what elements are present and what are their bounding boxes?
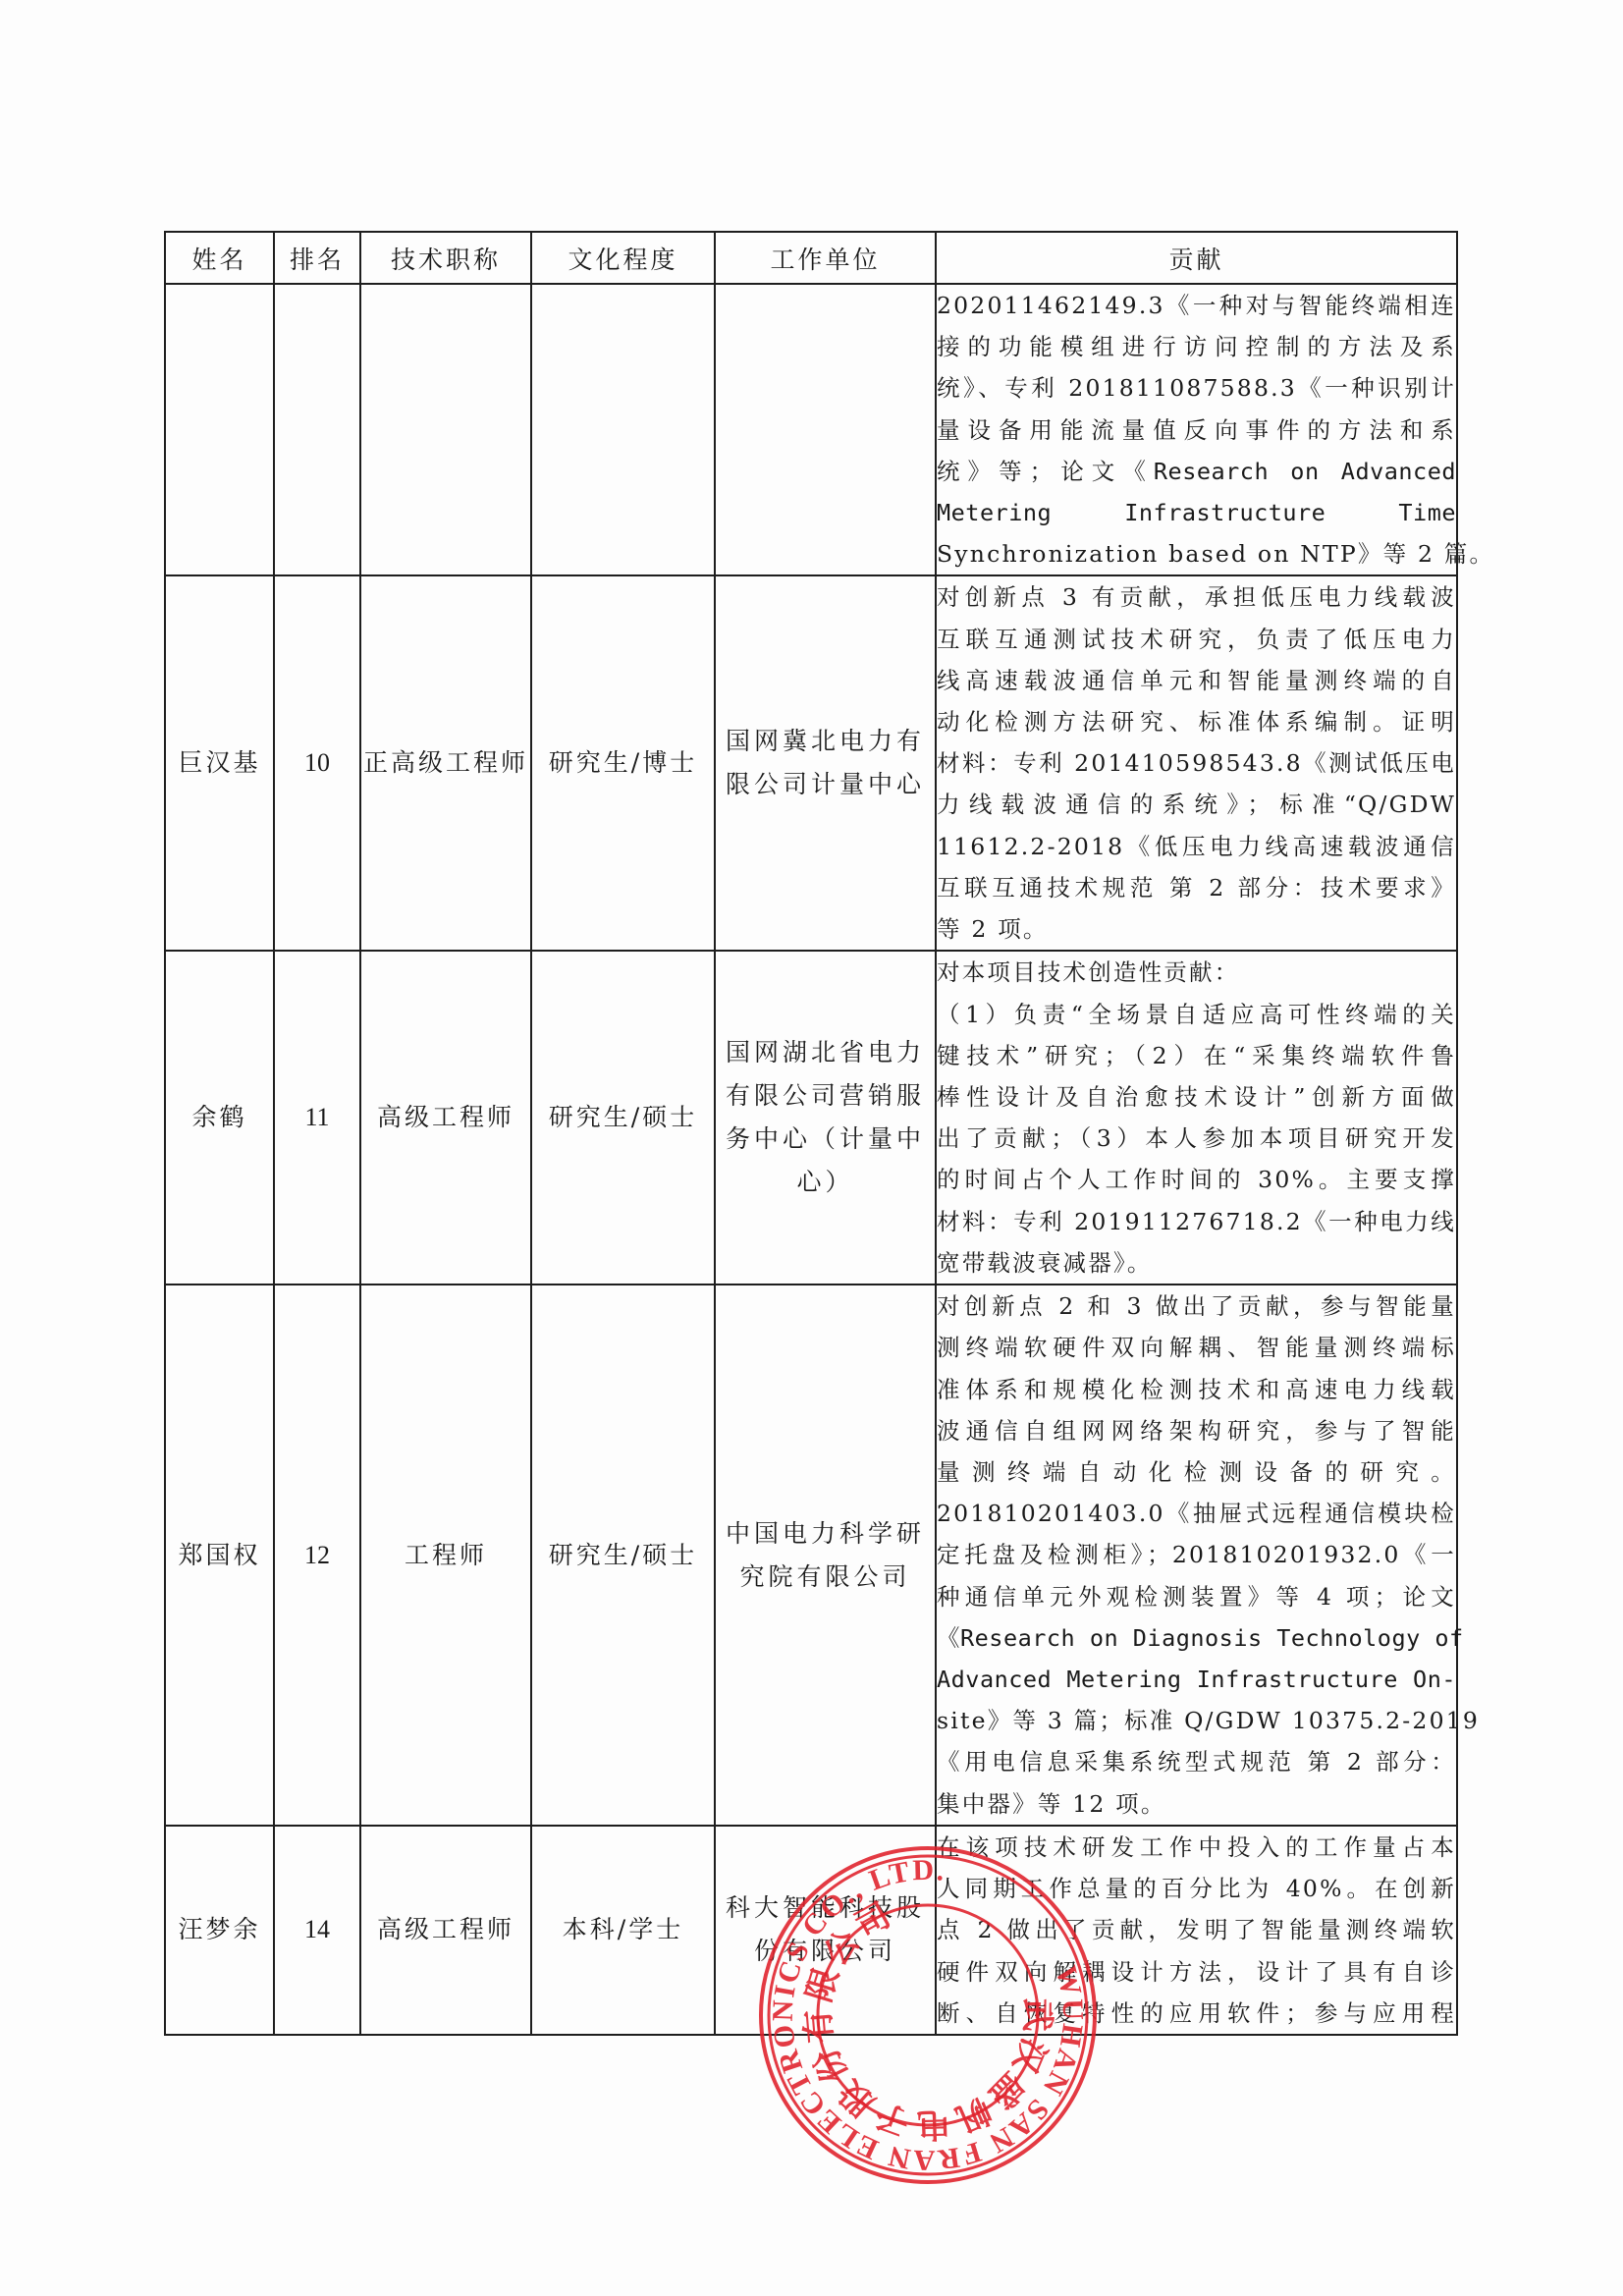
contribution-line: 集中器》等 12 项。: [937, 1783, 1456, 1825]
cell-title: 工程师: [360, 1285, 531, 1826]
cell-contribution: 对创新点 3 有贡献，承担低压电力线载波 互联互通测试技术研究，负责了低压电力 …: [936, 575, 1457, 951]
contribution-line: 量测终端自动化检测设备的研究。: [937, 1451, 1456, 1493]
cell-contribution: 对本项目技术创造性贡献： （1）负责“全场景自适应高可性终端的关 键技术”研究；…: [936, 951, 1457, 1285]
contribution-line: 力线载波通信的系统》；标准“Q/GDW: [937, 784, 1456, 825]
contribution-line: Advanced Metering Infrastructure On-: [937, 1659, 1456, 1700]
header-education: 文化程度: [531, 232, 715, 284]
contribution-line: 棒性设计及自治愈技术设计”创新方面做: [937, 1076, 1456, 1118]
contribution-line: 出了贡献；（3）本人参加本项目研究开发: [937, 1118, 1456, 1159]
contribution-line: 统》、专利 201811087588.3《一种识别计: [937, 367, 1456, 409]
contribution-line: 种通信单元外观检测装置》等 4 项；论文: [937, 1576, 1456, 1617]
contribution-line: 键技术”研究；（2）在“采集终端软件鲁: [937, 1035, 1456, 1076]
cell-contribution: 202011462149.3《一种对与智能终端相连 接的功能模组进行访问控制的方…: [936, 284, 1457, 575]
contribution-line: Metering Infrastructure Time: [937, 492, 1456, 533]
cell-rank: 11: [274, 951, 360, 1285]
header-contribution: 贡献: [936, 232, 1457, 284]
contribution-line: 《Research on Diagnosis Technology of: [937, 1617, 1456, 1659]
cell-education: 本科/学士: [531, 1826, 715, 2035]
contribution-line: 人同期工作总量的百分比为 40%。在创新: [937, 1868, 1456, 1909]
header-name: 姓名: [165, 232, 274, 284]
document-page: 姓名 排名 技术职称 文化程度 工作单位 贡献 202011462149.3《一…: [0, 0, 1623, 2296]
contribution-line: 互联互通测试技术研究，负责了低压电力: [937, 619, 1456, 660]
contribution-line: 硬件双向解耦设计方法，设计了具有自诊: [937, 1951, 1456, 1993]
contribution-line: 对本项目技术创造性贡献：: [937, 952, 1456, 993]
contribution-line: 接的功能模组进行访问控制的方法及系: [937, 326, 1456, 367]
table-row: 巨汉基 10 正高级工程师 研究生/博士 国网冀北电力有限公司计量中心 对创新点…: [165, 575, 1457, 951]
table-row: 余鹤 11 高级工程师 研究生/硕士 国网湖北省电力有限公司营销服务中心（计量中…: [165, 951, 1457, 1285]
cell-rank: [274, 284, 360, 575]
table-row: 汪梦余 14 高级工程师 本科/学士 科大智能科技股份有限公司 在该项技术研发工…: [165, 1826, 1457, 2035]
contribution-line: 测终端软硬件双向解耦、智能量测终端标: [937, 1327, 1456, 1368]
cell-organization: [715, 284, 936, 575]
cell-contribution: 对创新点 2 和 3 做出了贡献，参与智能量 测终端软硬件双向解耦、智能量测终端…: [936, 1285, 1457, 1826]
contribution-line: 波通信自组网网络架构研究，参与了智能: [937, 1410, 1456, 1451]
cell-name: [165, 284, 274, 575]
cell-rank: 12: [274, 1285, 360, 1826]
cell-title: 高级工程师: [360, 951, 531, 1285]
cell-contribution: 在该项技术研发工作中投入的工作量占本 人同期工作总量的百分比为 40%。在创新 …: [936, 1826, 1457, 2035]
contribution-line: Synchronization based on NTP》等 2 篇。: [937, 533, 1456, 574]
header-title: 技术职称: [360, 232, 531, 284]
contribution-line: 准体系和规模化检测技术和高速电力线载: [937, 1369, 1456, 1410]
contribution-line: （1）负责“全场景自适应高可性终端的关: [937, 994, 1456, 1035]
contribution-line: 对创新点 2 和 3 做出了贡献，参与智能量: [937, 1285, 1456, 1327]
cell-rank: 10: [274, 575, 360, 951]
table-header-row: 姓名 排名 技术职称 文化程度 工作单位 贡献: [165, 232, 1457, 284]
cell-name: 郑国权: [165, 1285, 274, 1826]
cell-title: [360, 284, 531, 575]
cell-title: 正高级工程师: [360, 575, 531, 951]
cell-education: [531, 284, 715, 575]
contribution-line: 宽带载波衰减器》。: [937, 1242, 1456, 1284]
cell-name: 余鹤: [165, 951, 274, 1285]
cell-education: 研究生/硕士: [531, 1285, 715, 1826]
contribution-line: 201810201403.0《抽屉式远程通信模块检: [937, 1493, 1456, 1534]
cell-organization: 科大智能科技股份有限公司: [715, 1826, 936, 2035]
cell-rank: 14: [274, 1826, 360, 2035]
cell-education: 研究生/博士: [531, 575, 715, 951]
contribution-line: 材料：专利 201911276718.2《一种电力线: [937, 1201, 1456, 1242]
contribution-line: 量设备用能流量值反向事件的方法和系: [937, 410, 1456, 451]
cell-title: 高级工程师: [360, 1826, 531, 2035]
contribution-line: 互联互通技术规范 第 2 部分：技术要求》: [937, 867, 1456, 908]
table-row: 202011462149.3《一种对与智能终端相连 接的功能模组进行访问控制的方…: [165, 284, 1457, 575]
cell-name: 巨汉基: [165, 575, 274, 951]
contribution-line: 线高速载波通信单元和智能量测终端的自: [937, 660, 1456, 701]
cell-education: 研究生/硕士: [531, 951, 715, 1285]
contribution-line: 断、自恢复特性的应用软件；参与应用程: [937, 1993, 1456, 2034]
cell-name: 汪梦余: [165, 1826, 274, 2035]
cell-organization: 中国电力科学研究院有限公司: [715, 1285, 936, 1826]
header-rank: 排名: [274, 232, 360, 284]
contribution-line: 的时间占个人工作时间的 30%。主要支撑: [937, 1159, 1456, 1200]
cell-organization: 国网冀北电力有限公司计量中心: [715, 575, 936, 951]
contribution-line: 等 2 项。: [937, 908, 1456, 950]
contribution-line: site》等 3 篇；标准 Q/GDW 10375.2-2019: [937, 1700, 1456, 1741]
table-row: 郑国权 12 工程师 研究生/硕士 中国电力科学研究院有限公司 对创新点 2 和…: [165, 1285, 1457, 1826]
contribution-line: 动化检测方法研究、标准体系编制。证明: [937, 701, 1456, 742]
contribution-line: 点 2 做出了贡献，发明了智能量测终端软: [937, 1909, 1456, 1950]
contribution-line: 材料：专利 201410598543.8《测试低压电: [937, 742, 1456, 784]
contribution-line: 定托盘及检测柜》；201810201932.0《一: [937, 1534, 1456, 1575]
header-organization: 工作单位: [715, 232, 936, 284]
contribution-line: 统》等；论文《Research on Advanced: [937, 451, 1456, 492]
contribution-line: 202011462149.3《一种对与智能终端相连: [937, 285, 1456, 326]
contributors-table: 姓名 排名 技术职称 文化程度 工作单位 贡献 202011462149.3《一…: [164, 231, 1458, 2036]
cell-organization: 国网湖北省电力有限公司营销服务中心（计量中心）: [715, 951, 936, 1285]
contribution-line: 在该项技术研发工作中投入的工作量占本: [937, 1827, 1456, 1868]
contribution-line: 对创新点 3 有贡献，承担低压电力线载波: [937, 576, 1456, 618]
contribution-line: 11612.2-2018《低压电力线高速载波通信: [937, 826, 1456, 867]
contribution-line: 《用电信息采集系统型式规范 第 2 部分：: [937, 1741, 1456, 1782]
